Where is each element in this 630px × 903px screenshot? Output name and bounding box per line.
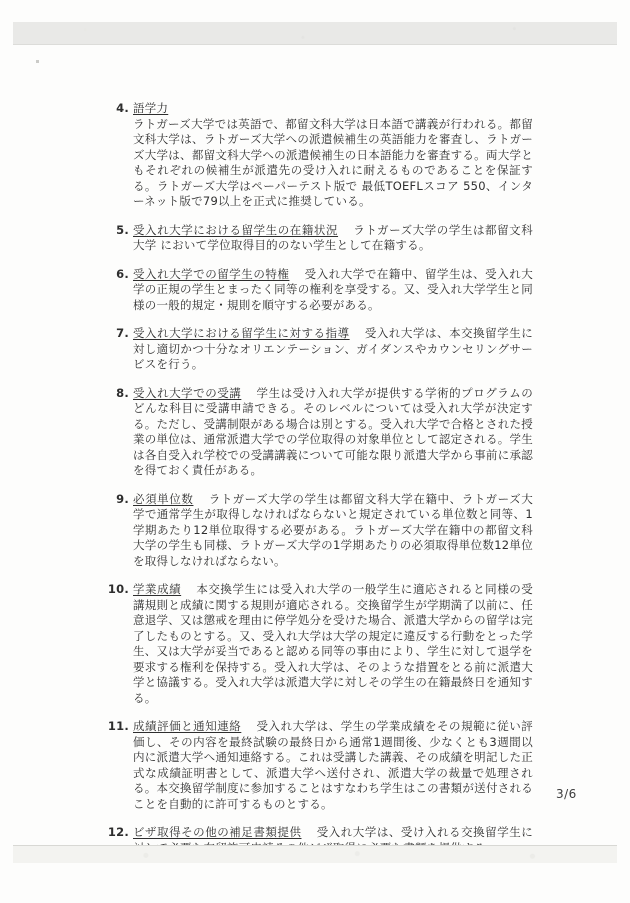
item-number: 7. xyxy=(107,326,133,373)
scanned-page: { "scan": { "paper_color": "#fdfdfc", "t… xyxy=(0,0,630,903)
list-item-7: 7. 受入れ大学における留学生に対する指導 受入れ大学は、本交換留学生に対し適切… xyxy=(107,326,533,373)
item-number: 10. xyxy=(107,582,133,706)
list-item-8: 8. 受入れ大学での受講 学生は受け入れ大学が提供する学術的プログラムのどんな科… xyxy=(107,386,533,479)
item-number: 5. xyxy=(107,223,133,254)
item-content: 受入れ大学での留学生の特権 受入れ大学で在籍中、留学生は、受入れ大学の正規の学生… xyxy=(133,267,533,314)
item-content: 学業成績 本交換学生には受入れ大学の一般学生に適応されると同様の受講規則と成績に… xyxy=(133,582,533,706)
item-heading: 語学力 xyxy=(133,101,533,117)
scan-artifact-bottom-bar xyxy=(13,845,617,863)
item-content: 必須単位数 ラトガーズ大学の学生は都留文科大学在籍中、ラトガーズ大学で通常学生が… xyxy=(133,492,533,570)
item-number: 4. xyxy=(107,101,133,210)
item-heading: 必須単位数 xyxy=(133,492,193,506)
item-content: 受入れ大学における留学生に対する指導 受入れ大学は、本交換留学生に対し適切かつ十… xyxy=(133,326,533,373)
list-item-10: 10. 学業成績 本交換学生には受入れ大学の一般学生に適応されると同様の受講規則… xyxy=(107,582,533,706)
list-item-6: 6. 受入れ大学での留学生の特権 受入れ大学で在籍中、留学生は、受入れ大学の正規… xyxy=(107,267,533,314)
item-content: 受入れ大学での受講 学生は受け入れ大学が提供する学術的プログラムのどんな科目に受… xyxy=(133,386,533,479)
item-content: 語学力 ラトガーズ大学では英語で、都留文科大学は日本語で講義が行われる。都留文科… xyxy=(133,101,533,210)
list-item-11: 11. 成績評価と通知連絡 受入れ大学は、学生の学業成績をその規範に従い評価し、… xyxy=(107,719,533,812)
list-item-5: 5. 受入れ大学における留学生の在籍状況 ラトガーズ大学の学生は都留文科大学 に… xyxy=(107,223,533,254)
item-heading: 成績評価と通知連絡 xyxy=(133,719,241,733)
item-number: 8. xyxy=(107,386,133,479)
item-number: 6. xyxy=(107,267,133,314)
item-body: ラトガーズ大学では英語で、都留文科大学は日本語で講義が行われる。都留文科大学は、… xyxy=(133,117,533,209)
item-heading: ビザ取得その他の補足書類提供 xyxy=(133,825,301,839)
item-heading: 受入れ大学での留学生の特権 xyxy=(133,267,289,281)
item-body: 本交換学生には受入れ大学の一般学生に適応されると同様の受講規則と成績に関する規則… xyxy=(133,582,533,705)
item-heading: 受入れ大学における留学生の在籍状況 xyxy=(133,223,338,237)
item-number: 9. xyxy=(107,492,133,570)
item-number: 11. xyxy=(107,719,133,812)
item-heading: 学業成績 xyxy=(133,582,181,596)
scan-speck xyxy=(36,60,39,63)
item-content: 受入れ大学における留学生の在籍状況 ラトガーズ大学の学生は都留文科大学 において… xyxy=(133,223,533,254)
item-heading: 受入れ大学での受講 xyxy=(133,386,241,400)
list-item-9: 9. 必須単位数 ラトガーズ大学の学生は都留文科大学在籍中、ラトガーズ大学で通常… xyxy=(107,492,533,570)
document-body: 4. 語学力 ラトガーズ大学では英語で、都留文科大学は日本語で講義が行われる。都… xyxy=(107,101,533,856)
page-number: 3/6 xyxy=(556,787,577,801)
list-item-4: 4. 語学力 ラトガーズ大学では英語で、都留文科大学は日本語で講義が行われる。都… xyxy=(107,101,533,210)
item-body: ラトガーズ大学の学生は都留文科大学在籍中、ラトガーズ大学で通常学生が取得しなけれ… xyxy=(133,492,533,568)
item-heading: 受入れ大学における留学生に対する指導 xyxy=(133,326,350,340)
scan-artifact-top-bar xyxy=(13,22,617,45)
item-content: 成績評価と通知連絡 受入れ大学は、学生の学業成績をその規範に従い評価し、その内容… xyxy=(133,719,533,812)
